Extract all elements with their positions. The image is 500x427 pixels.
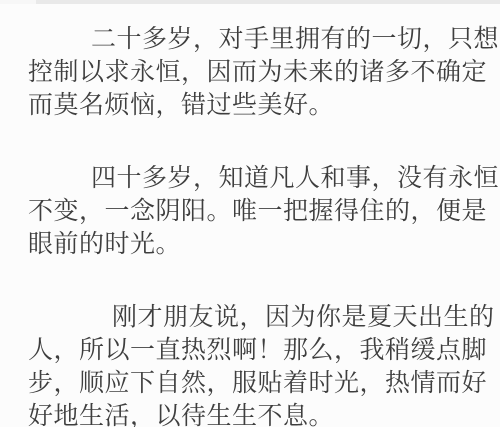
text-line: 不变，一念阴阳。唯一把握得住的，便是: [28, 195, 480, 228]
text-line: 控制以求永恒，因而为未来的诸多不确定: [28, 56, 480, 89]
paragraph-twenties: 二十多岁，对手里拥有的一切，只想 控制以求永恒，因而为未来的诸多不确定 而莫名烦…: [28, 23, 480, 122]
text-line: 刚才朋友说，因为你是夏天出生的: [28, 301, 480, 334]
text-line: 而莫名烦恼，错过些美好。: [28, 89, 480, 122]
text-line: 步，顺应下自然，服贴着时光，热情而好: [28, 367, 480, 400]
text-line: 好地生活，以待生生不息。: [28, 400, 480, 427]
article-text-body: 二十多岁，对手里拥有的一切，只想 控制以求永恒，因而为未来的诸多不确定 而莫名烦…: [0, 4, 500, 427]
text-line: 人，所以一直热烈啊！那么，我稍缓点脚: [28, 334, 480, 367]
text-line: 二十多岁，对手里拥有的一切，只想: [28, 23, 480, 56]
text-line: 四十多岁，知道凡人和事，没有永恒: [28, 162, 480, 195]
paragraph-forties: 四十多岁，知道凡人和事，没有永恒 不变，一念阴阳。唯一把握得住的，便是 眼前的时…: [28, 162, 480, 261]
paragraph-friend-remark: 刚才朋友说，因为你是夏天出生的 人，所以一直热烈啊！那么，我稍缓点脚 步，顺应下…: [28, 301, 480, 427]
text-line: 眼前的时光。: [28, 228, 480, 261]
